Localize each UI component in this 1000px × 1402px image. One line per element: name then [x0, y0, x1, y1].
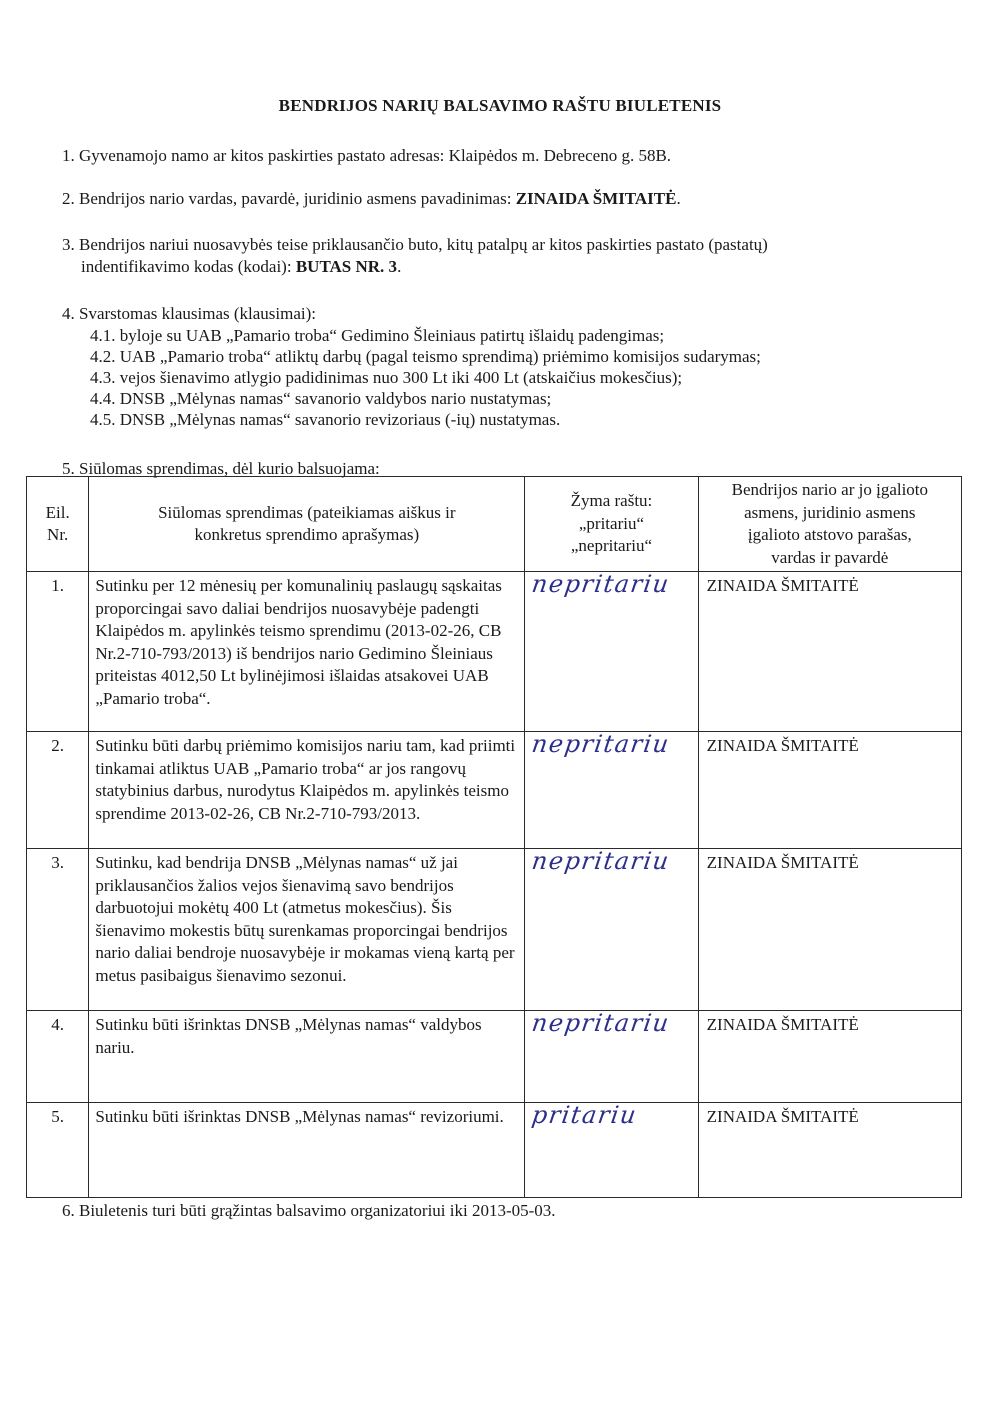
member-name-suffix: .: [676, 189, 680, 208]
table-row: 4. Sutinku būti išrinktas DNSB „Mėlynas …: [27, 1011, 962, 1103]
handwritten-vote: nepritariu: [525, 733, 672, 756]
return-deadline: 6. Biuletenis turi būti grąžintas balsav…: [62, 1200, 556, 1222]
member-name-label: 2. Bendrijos nario vardas, pavardė, juri…: [62, 189, 516, 208]
header-number: Eil. Nr.: [27, 477, 89, 572]
row-mark-cell[interactable]: nepritariu: [525, 849, 698, 1011]
row-proposal: Sutinku būti išrinktas DNSB „Mėlynas nam…: [89, 1103, 525, 1198]
header-proposal-line2: konkretus sprendimo aprašymas): [93, 524, 520, 547]
row-proposal: Sutinku per 12 mėnesių per komunalinių p…: [89, 572, 525, 732]
header-signature-line4: vardas ir pavardė: [703, 547, 957, 570]
handwritten-vote: pritariu: [525, 1104, 639, 1127]
row-proposal: Sutinku būti išrinktas DNSB „Mėlynas nam…: [89, 1011, 525, 1103]
header-signature-line2: asmens, juridinio asmens: [703, 502, 957, 525]
header-signature-line3: įgalioto atstovo parašas,: [703, 524, 957, 547]
property-code-line2: indentifikavimo kodas (kodai): BUTAS NR.…: [62, 256, 768, 278]
property-code-label-line2: indentifikavimo kodas (kodai):: [81, 257, 296, 276]
row-number: 4.: [27, 1011, 89, 1103]
questions-label: 4. Svarstomas klausimas (klausimai):: [62, 304, 316, 323]
ballot-page: BENDRIJOS NARIŲ BALSAVIMO RAŠTU BIULETEN…: [0, 0, 1000, 1402]
row-signature: ZINAIDA ŠMITAITĖ: [698, 572, 961, 732]
question-item: 4.5. DNSB „Mėlynas namas“ savanorio revi…: [62, 409, 761, 430]
header-proposal-line1: Siūlomas sprendimas (pateikiamas aiškus …: [93, 502, 520, 525]
header-signature: Bendrijos nario ar jo įgalioto asmens, j…: [698, 477, 961, 572]
property-code-label-line1: 3. Bendrijos nariui nuosavybės teise pri…: [62, 235, 768, 254]
header-proposal: Siūlomas sprendimas (pateikiamas aiškus …: [89, 477, 525, 572]
table-row: 3. Sutinku, kad bendrija DNSB „Mėlynas n…: [27, 849, 962, 1011]
handwritten-vote: nepritariu: [525, 1012, 672, 1035]
question-item: 4.1. byloje su UAB „Pamario troba“ Gedim…: [62, 325, 761, 346]
row-mark-cell[interactable]: nepritariu: [525, 1011, 698, 1103]
handwritten-vote: nepritariu: [525, 573, 672, 596]
handwritten-vote: nepritariu: [525, 850, 672, 873]
row-number: 5.: [27, 1103, 89, 1198]
table-row: 2. Sutinku būti darbų priėmimo komisijos…: [27, 732, 962, 849]
property-code-suffix: .: [397, 257, 401, 276]
table-row: 1. Sutinku per 12 mėnesių per komunalini…: [27, 572, 962, 732]
item-questions: 4. Svarstomas klausimas (klausimai): 4.1…: [62, 303, 761, 430]
header-number-line2: Nr.: [31, 524, 84, 547]
address-value: Klaipėdos m. Debreceno g. 58B.: [449, 146, 671, 165]
header-mark: Žyma raštu: „pritariu“ „nepritariu“: [525, 477, 698, 572]
row-signature: ZINAIDA ŠMITAITĖ: [698, 732, 961, 849]
voting-table-header: Eil. Nr. Siūlomas sprendimas (pateikiama…: [27, 477, 962, 572]
question-item: 4.4. DNSB „Mėlynas namas“ savanorio vald…: [62, 388, 761, 409]
question-item: 4.3. vejos šienavimo atlygio padidinimas…: [62, 367, 761, 388]
item-property-code: 3. Bendrijos nariui nuosavybės teise pri…: [62, 234, 768, 278]
row-mark-cell[interactable]: nepritariu: [525, 572, 698, 732]
row-proposal: Sutinku, kad bendrija DNSB „Mėlynas nama…: [89, 849, 525, 1011]
row-number: 2.: [27, 732, 89, 849]
question-item: 4.2. UAB „Pamario troba“ atliktų darbų (…: [62, 346, 761, 367]
row-mark-cell[interactable]: pritariu: [525, 1103, 698, 1198]
row-mark-cell[interactable]: nepritariu: [525, 732, 698, 849]
header-signature-line1: Bendrijos nario ar jo įgalioto: [703, 479, 957, 502]
property-code-value: BUTAS NR. 3: [296, 257, 397, 276]
header-mark-line3: „nepritariu“: [529, 535, 693, 558]
row-number: 1.: [27, 572, 89, 732]
address-label: 1. Gyvenamojo namo ar kitos paskirties p…: [62, 146, 449, 165]
voting-table: Eil. Nr. Siūlomas sprendimas (pateikiama…: [26, 476, 962, 1198]
header-mark-line2: „pritariu“: [529, 513, 693, 536]
header-mark-line1: Žyma raštu:: [529, 490, 693, 513]
row-signature: ZINAIDA ŠMITAITĖ: [698, 849, 961, 1011]
item-member-name: 2. Bendrijos nario vardas, pavardė, juri…: [62, 188, 681, 210]
document-title: BENDRIJOS NARIŲ BALSAVIMO RAŠTU BIULETEN…: [0, 96, 1000, 116]
member-name-value: ZINAIDA ŠMITAITĖ: [516, 189, 677, 208]
item-address: 1. Gyvenamojo namo ar kitos paskirties p…: [62, 145, 671, 167]
row-number: 3.: [27, 849, 89, 1011]
header-number-line1: Eil.: [31, 502, 84, 525]
row-proposal: Sutinku būti darbų priėmimo komisijos na…: [89, 732, 525, 849]
table-row: 5. Sutinku būti išrinktas DNSB „Mėlynas …: [27, 1103, 962, 1198]
row-signature: ZINAIDA ŠMITAITĖ: [698, 1103, 961, 1198]
row-signature: ZINAIDA ŠMITAITĖ: [698, 1011, 961, 1103]
